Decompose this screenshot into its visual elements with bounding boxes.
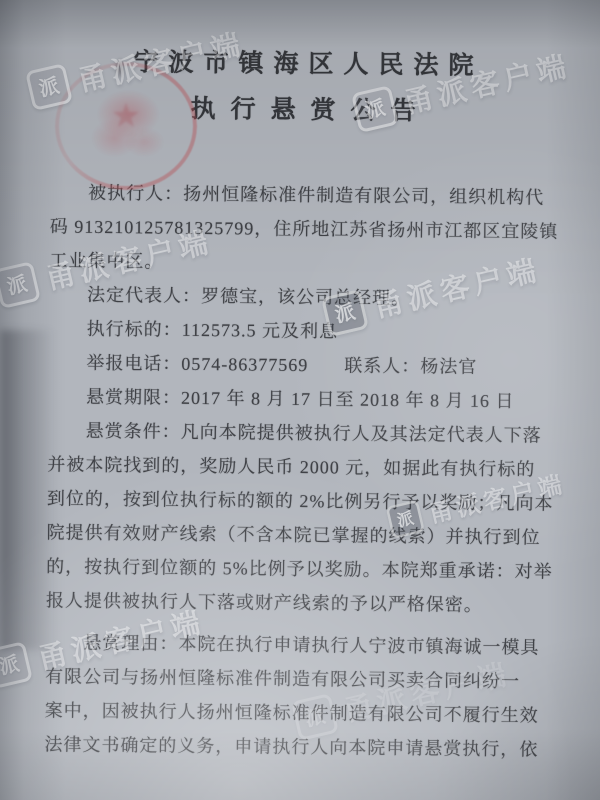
document-photo: 宁波市镇海区人民法院 执行悬赏公告 被执行人：扬州恒隆标准件制造有限公司，组织机… [0, 0, 600, 800]
condition-line-6: 报人提供被执行人下落或财产线索的予以严格保密。 [46, 583, 554, 622]
court-red-stamp: ★ [55, 62, 197, 190]
report-phone: 举报电话：0574-86377569 [86, 353, 308, 375]
ink-smudge [113, 56, 127, 86]
defendant-line-2: 码 913210125781325799，住所地江苏省扬州市江都区宜陵镇 [50, 209, 558, 248]
condition-line-1: 悬赏条件：凡向本院提供被执行人及其法定代表人下落 [47, 413, 555, 452]
legal-rep-line: 法定代表人：罗德宝，该公司总经理。 [49, 277, 557, 316]
contact-person: 联系人：杨法官 [344, 355, 477, 376]
reason-line-3: 案中，因被执行人扬州恒隆标准件制造有限公司不履行生效 [45, 693, 553, 732]
condition-line-4: 院提供有效财产线索（不含本院已掌握的线索）并执行到位 [46, 515, 554, 554]
phone-contact-line: 举报电话：0574-86377569联系人：杨法官 [48, 345, 556, 384]
reason-line-4: 法律文书确定的义务，申请执行人向本院申请悬赏执行，依 [44, 727, 552, 766]
stamp-star-icon: ★ [55, 96, 197, 136]
defendant-line-3: 工业集中区。 [49, 243, 557, 282]
condition-line-2: 并被本院找到的，奖励人民币 2000 元，如据此有执行标的 [47, 447, 555, 486]
target-line: 执行标的：112573.5 元及利息 [49, 311, 557, 350]
condition-line-3: 到位的，按到位执行标的额的 2%比例另行予以奖励；凡向本 [47, 481, 555, 520]
announcement-body: 被执行人：扬州恒隆标准件制造有限公司，组织机构代 码 9132101257813… [44, 175, 558, 766]
reason-line-1: 悬赏理由：本院在执行申请执行人宁波市镇海诚一模具 [45, 625, 553, 664]
period-line: 悬赏期限：2017 年 8 月 17 日至 2018 年 8 月 16 日 [48, 379, 556, 418]
condition-line-5: 的，按执行到位额的 5%比例予以奖励。本院郑重承诺：对举 [46, 549, 554, 588]
reason-line-2: 有限公司与扬州恒隆标准件制造有限公司买卖合同纠纷一 [45, 659, 553, 698]
